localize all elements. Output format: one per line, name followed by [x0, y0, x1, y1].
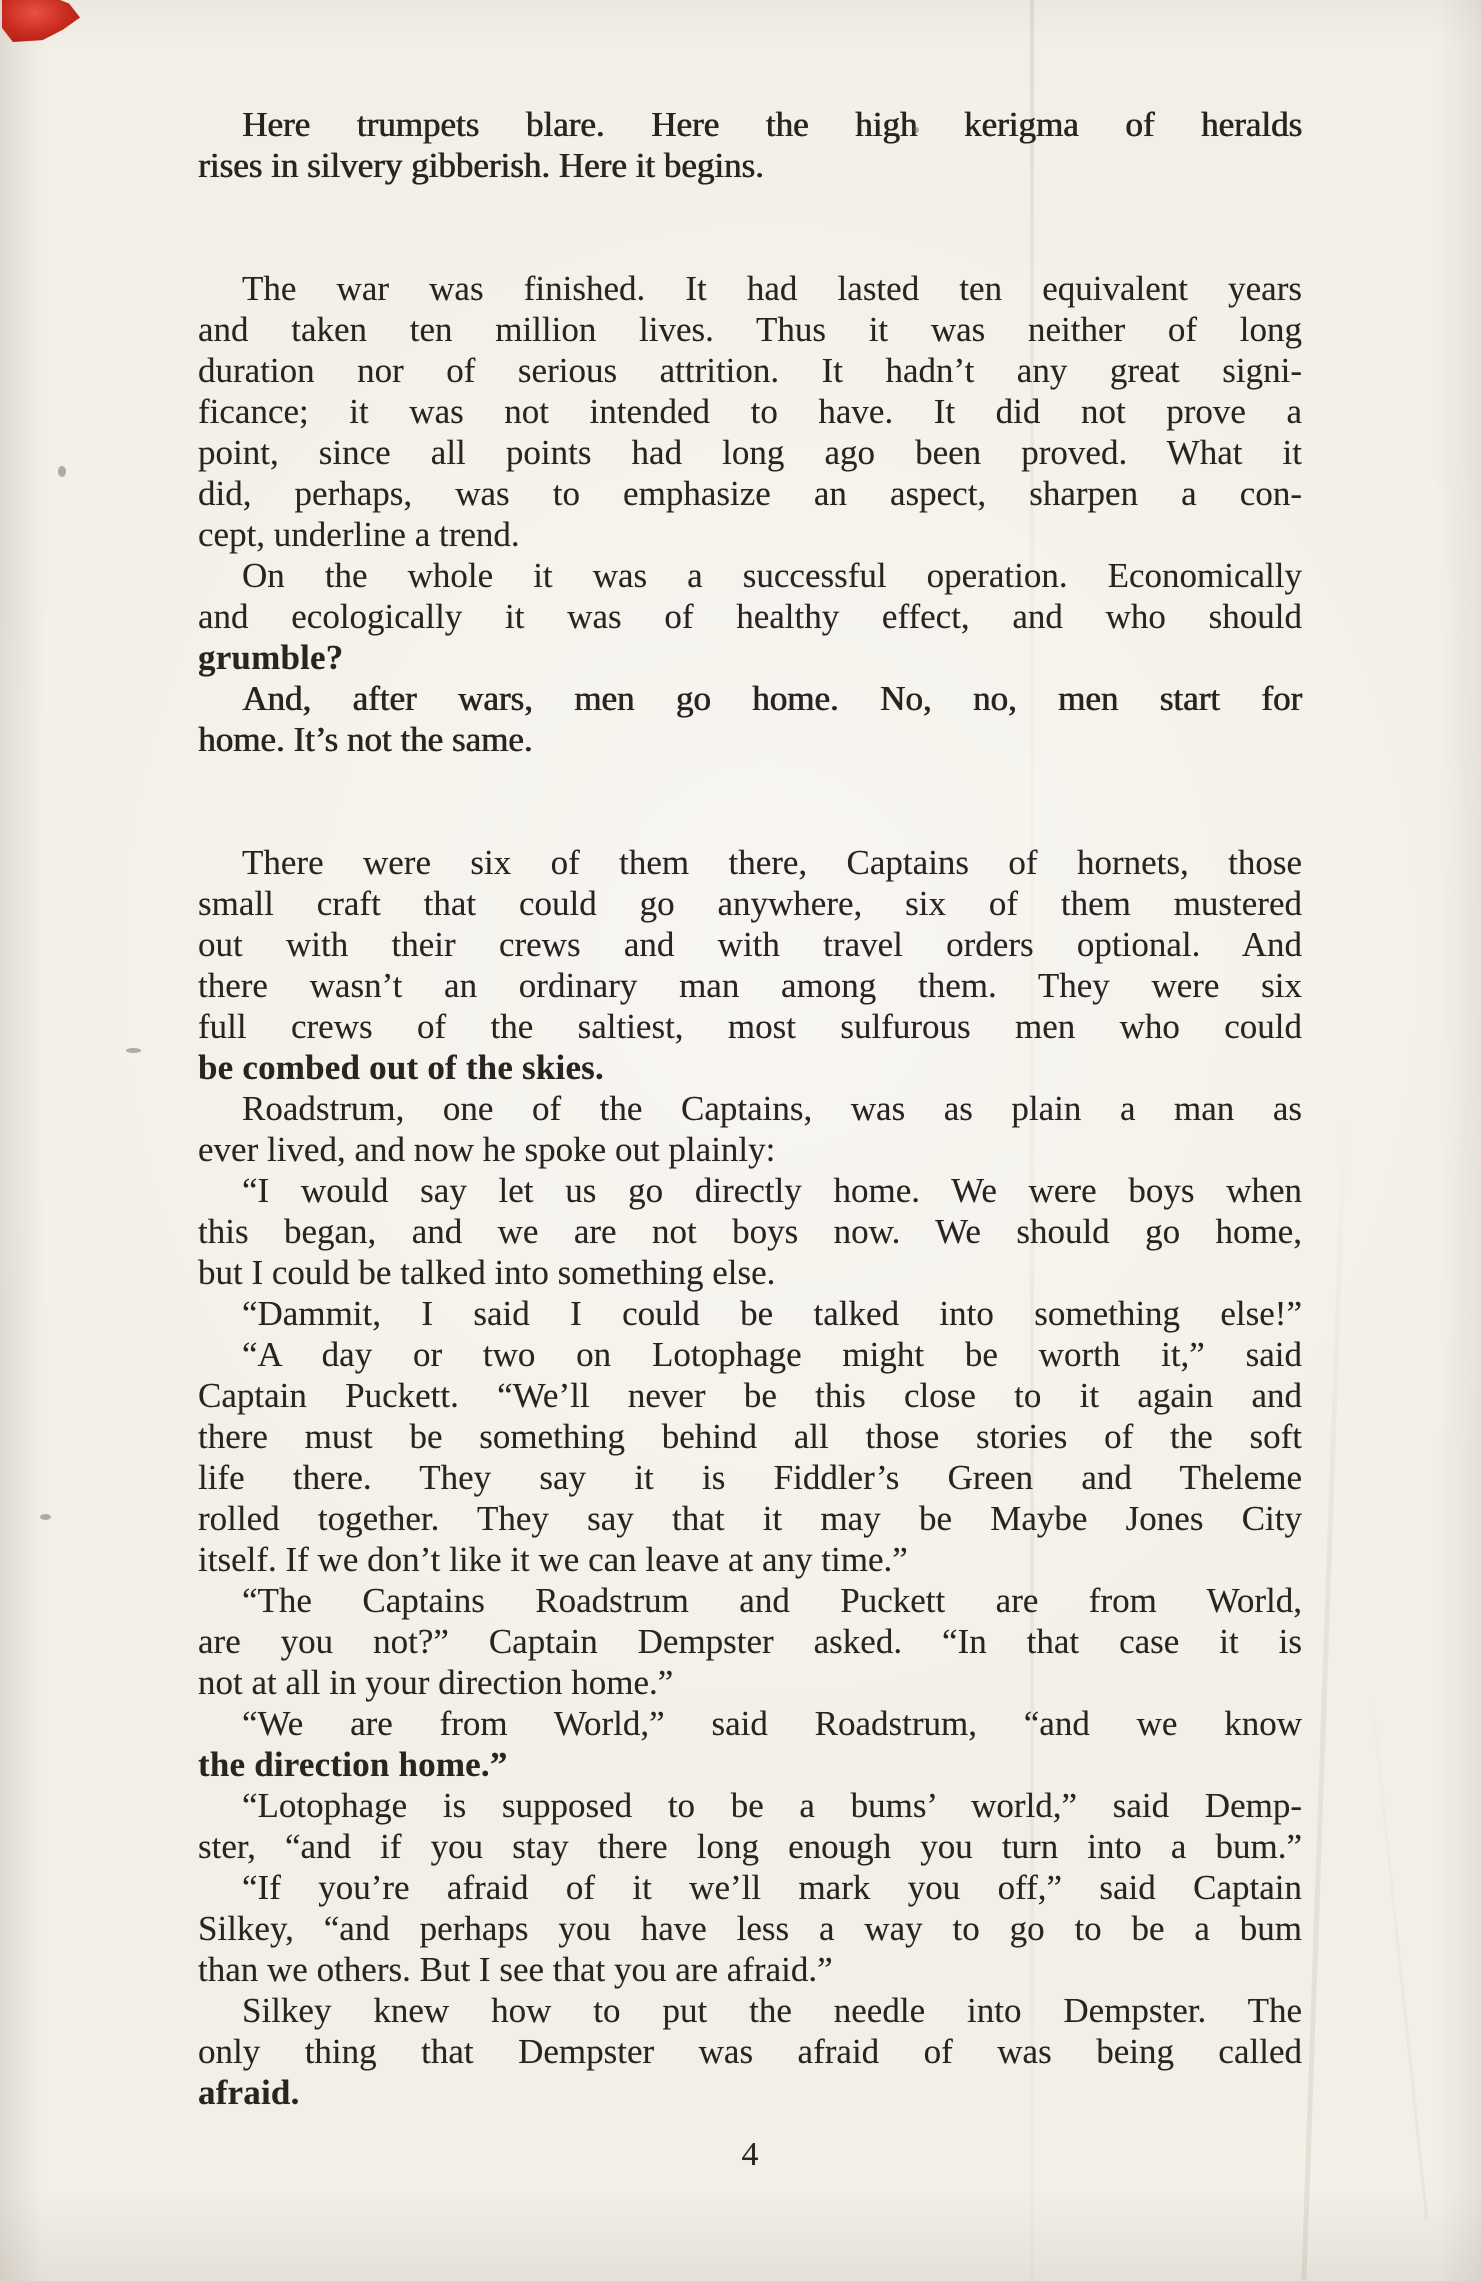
scan-speck [913, 127, 919, 133]
text-line: itself. If we don’t like it we can leave… [198, 1539, 1302, 1580]
text-line: ficance; it was not intended to have. It… [198, 391, 1302, 432]
text-line: ster, “and if you stay there long enough… [198, 1826, 1302, 1867]
paragraph: Silkey knew how to put the needle into D… [198, 1990, 1302, 2113]
text-line: On the whole it was a successful operati… [198, 555, 1302, 596]
paragraph: Here trumpets blare. Here the high kerig… [198, 104, 1302, 186]
scan-speck [126, 1048, 141, 1053]
scanned-book-page: Here trumpets blare. Here the high kerig… [0, 0, 1481, 2281]
text-line: “A day or two on Lotophage might be wort… [198, 1334, 1302, 1375]
text-line: Here trumpets blare. Here the high kerig… [198, 104, 1302, 145]
text-line: life there. They say it is Fiddler’s Gre… [198, 1457, 1302, 1498]
text-line: and ecologically it was of healthy effec… [198, 596, 1302, 637]
paragraph: “Dammit, I said I could be talked into s… [198, 1293, 1302, 1334]
text-line: this began, and we are not boys now. We … [198, 1211, 1302, 1252]
text-line: small craft that could go anywhere, six … [198, 883, 1302, 924]
text-line: Captain Puckett. “We’ll never be this cl… [198, 1375, 1302, 1416]
text-line: full crews of the saltiest, most sulfuro… [198, 1006, 1302, 1047]
text-line: than we others. But I see that you are a… [198, 1949, 1302, 1990]
paragraph: There were six of them there, Captains o… [198, 842, 1302, 1088]
text-line: but I could be talked into something els… [198, 1252, 1302, 1293]
text-line: There were six of them there, Captains o… [198, 842, 1302, 883]
text-line: And, after wars, men go home. No, no, me… [198, 678, 1302, 719]
paragraph: “If you’re afraid of it we’ll mark you o… [198, 1867, 1302, 1990]
paper-crease [1371, 1701, 1428, 2218]
paper-crease [1301, 1100, 1347, 2280]
paragraph: “I would say let us go directly home. We… [198, 1170, 1302, 1293]
text-line: “I would say let us go directly home. We… [198, 1170, 1302, 1211]
text-line: out with their crews and with travel ord… [198, 924, 1302, 965]
text-line: “The Captains Roadstrum and Puckett are … [198, 1580, 1302, 1621]
red-ink-stain [2, 0, 80, 42]
scan-speck [40, 1514, 51, 1520]
text-line: rolled together. They say that it may be… [198, 1498, 1302, 1539]
page-number: 4 [198, 2136, 1302, 2174]
text-line: “Lotophage is supposed to be a bums’ wor… [198, 1785, 1302, 1826]
paragraph: “The Captains Roadstrum and Puckett are … [198, 1580, 1302, 1703]
scan-speck [58, 466, 66, 477]
text-line: be combed out of the skies. [198, 1047, 1302, 1088]
paragraph: The war was finished. It had lasted ten … [198, 268, 1302, 555]
paragraph: “We are from World,” said Roadstrum, “an… [198, 1703, 1302, 1785]
text-line: Silkey, “and perhaps you have less a way… [198, 1908, 1302, 1949]
text-line: grumble? [198, 637, 1302, 678]
paragraph: Roadstrum, one of the Captains, was as p… [198, 1088, 1302, 1170]
paragraph: “Lotophage is supposed to be a bums’ wor… [198, 1785, 1302, 1867]
text-line: home. It’s not the same. [198, 719, 1302, 760]
text-line: cept, underline a trend. [198, 514, 1302, 555]
paragraph: And, after wars, men go home. No, no, me… [198, 678, 1302, 760]
text-line: did, perhaps, was to emphasize an aspect… [198, 473, 1302, 514]
text-line: Roadstrum, one of the Captains, was as p… [198, 1088, 1302, 1129]
text-line: duration nor of serious attrition. It ha… [198, 350, 1302, 391]
paragraph: “A day or two on Lotophage might be wort… [198, 1334, 1302, 1580]
text-line: “We are from World,” said Roadstrum, “an… [198, 1703, 1302, 1744]
text-line: there wasn’t an ordinary man among them.… [198, 965, 1302, 1006]
text-line: ever lived, and now he spoke out plainly… [198, 1129, 1302, 1170]
text-line: “Dammit, I said I could be talked into s… [198, 1293, 1302, 1334]
text-line: only thing that Dempster was afraid of w… [198, 2031, 1302, 2072]
text-line: afraid. [198, 2072, 1302, 2113]
paragraph: On the whole it was a successful operati… [198, 555, 1302, 678]
text-line: Silkey knew how to put the needle into D… [198, 1990, 1302, 2031]
text-line: there must be something behind all those… [198, 1416, 1302, 1457]
text-line: and taken ten million lives. Thus it was… [198, 309, 1302, 350]
text-line: the direction home.” [198, 1744, 1302, 1785]
text-line: point, since all points had long ago bee… [198, 432, 1302, 473]
text-line: not at all in your direction home.” [198, 1662, 1302, 1703]
text-line: The war was finished. It had lasted ten … [198, 268, 1302, 309]
text-line: rises in silvery gibberish. Here it begi… [198, 145, 1302, 186]
page-text: Here trumpets blare. Here the high kerig… [198, 104, 1302, 2113]
text-line: are you not?” Captain Dempster asked. “I… [198, 1621, 1302, 1662]
text-line: “If you’re afraid of it we’ll mark you o… [198, 1867, 1302, 1908]
